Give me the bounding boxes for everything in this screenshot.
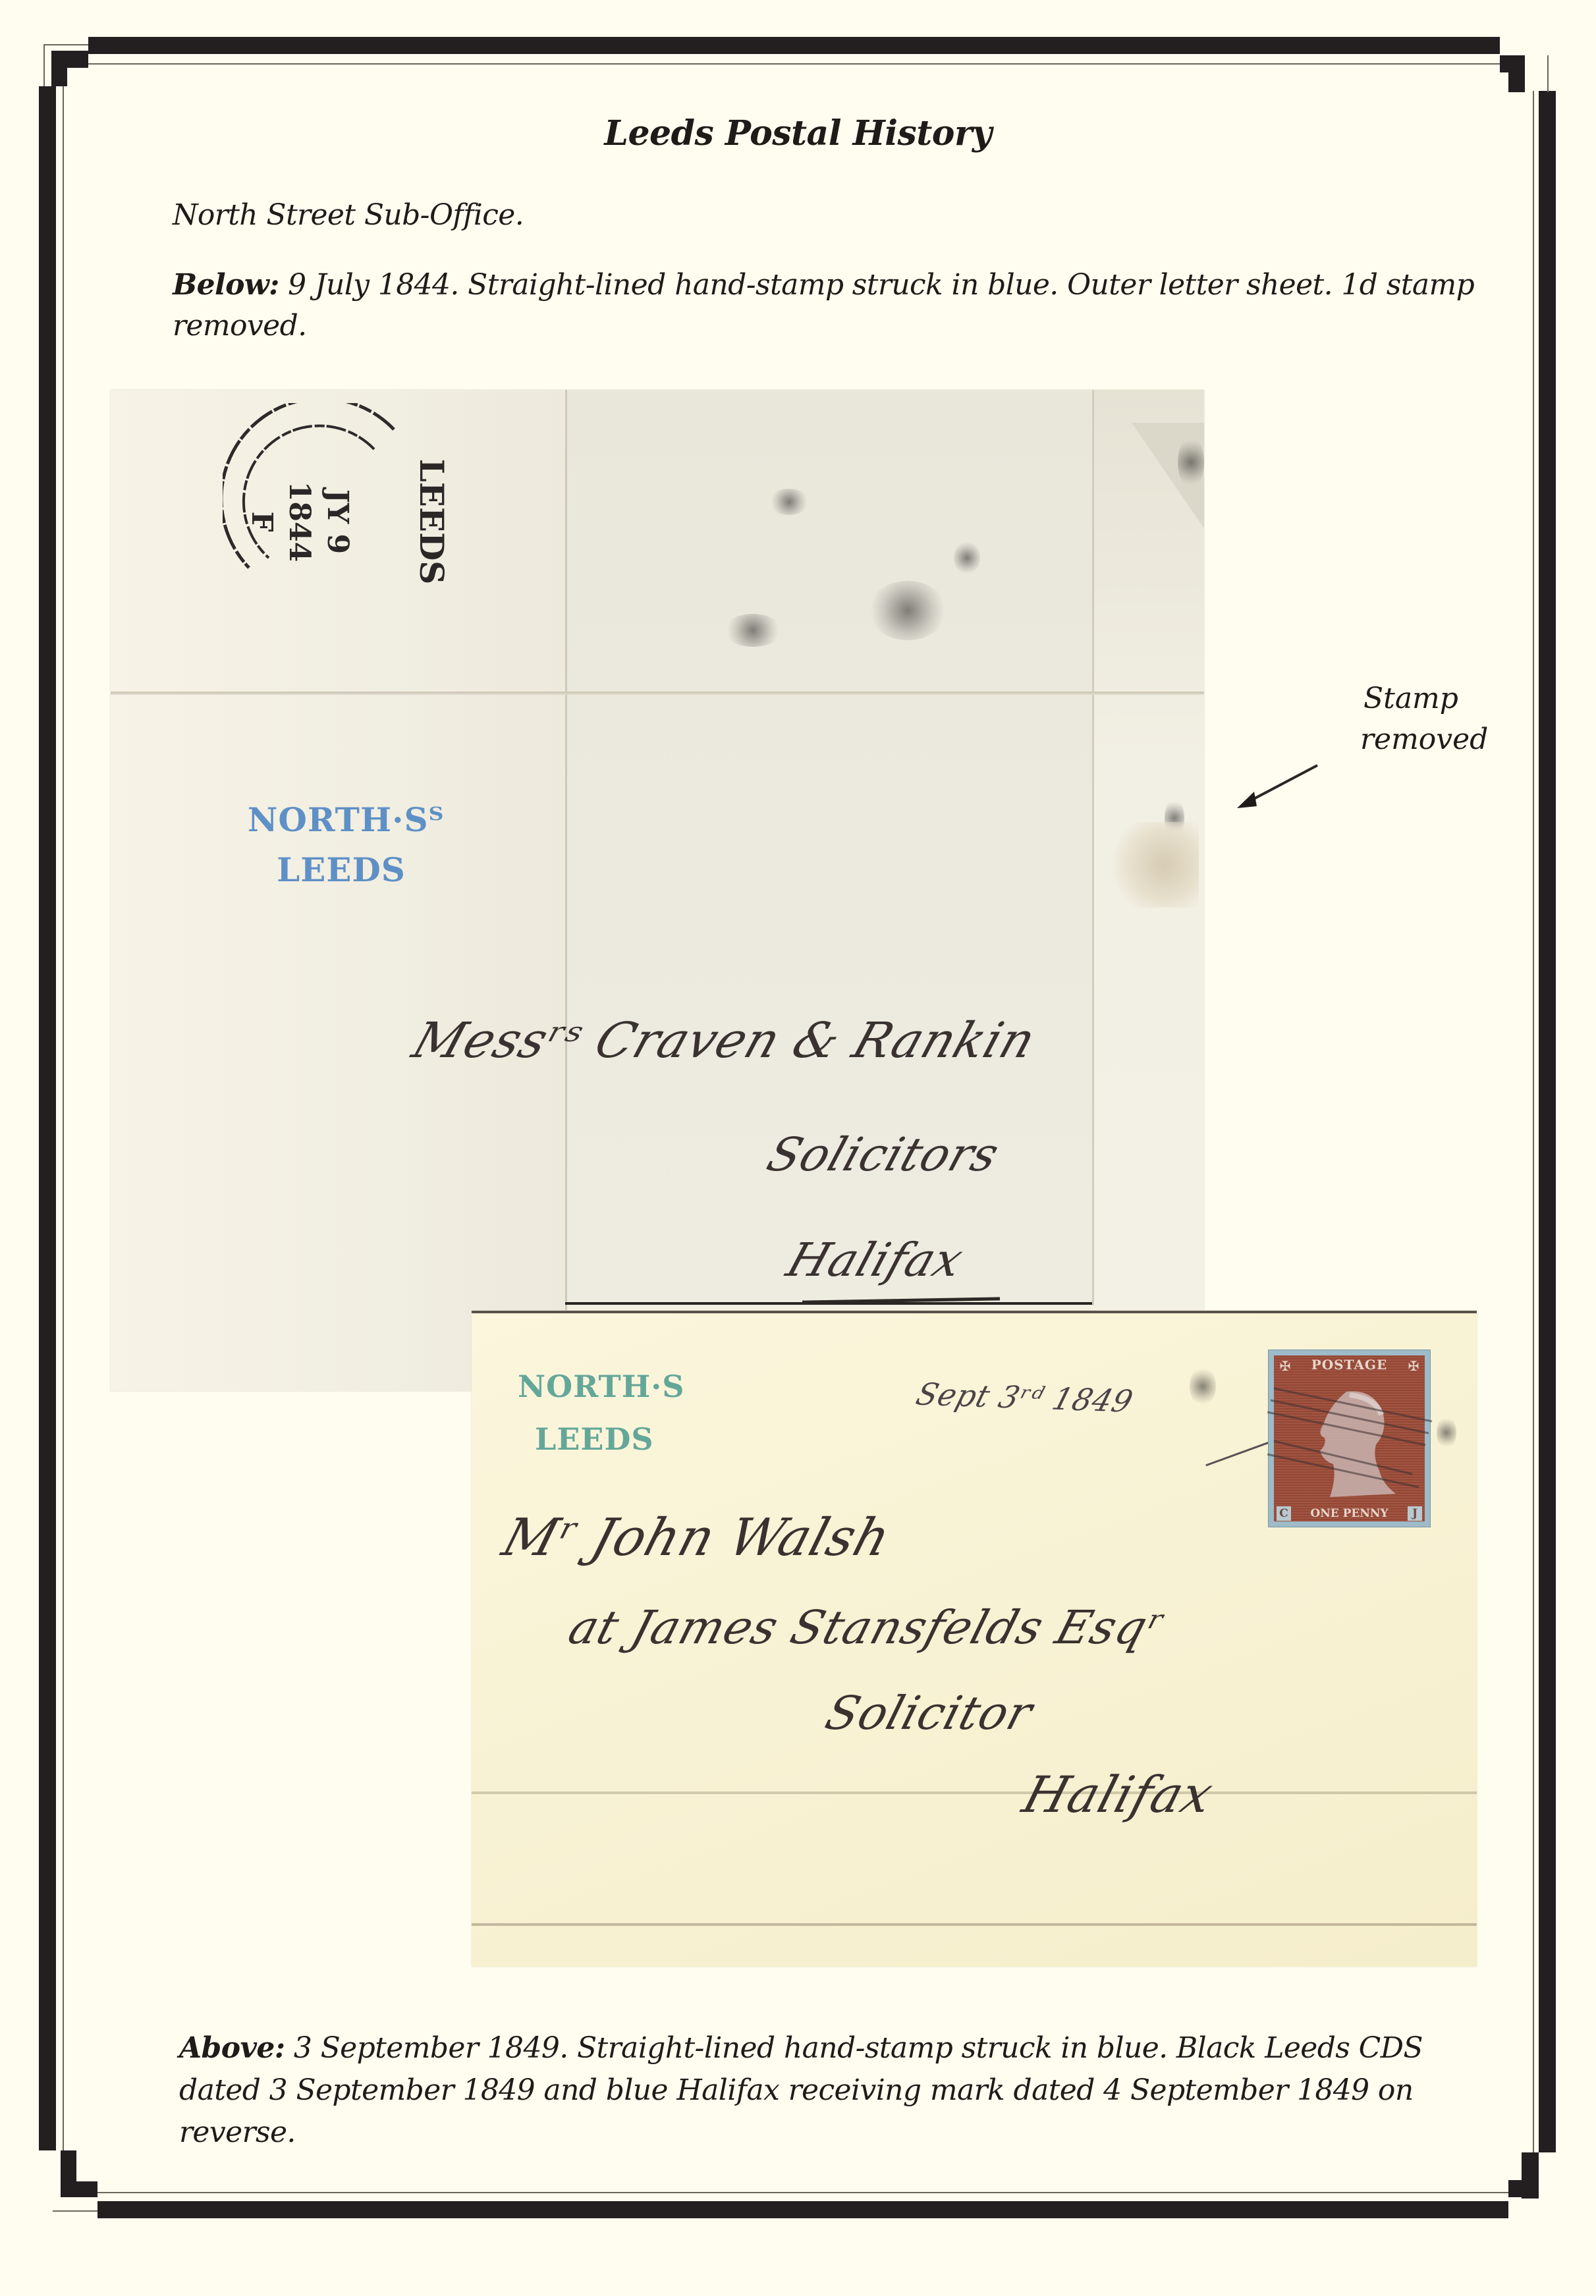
address-line-1: Mʳ John Walsh: [496, 1508, 897, 1568]
handstamp-line-1: NORTH·S: [518, 1360, 715, 1413]
cancellation-bars-icon: [1254, 1375, 1439, 1494]
frame-top-bar: [88, 37, 1500, 54]
handstamp-line-2: LEEDS: [238, 845, 445, 895]
address-line-4: Halifax: [1016, 1765, 1220, 1824]
subheading: North Street Sub-Office.: [173, 195, 524, 236]
cds-postmark-icon: LEEDS JY 9 1844 F: [223, 403, 460, 640]
stamp-removed-area: [1113, 822, 1199, 908]
ink-smudge: [1178, 436, 1204, 489]
annotation-line-1: Stamp: [1363, 678, 1488, 719]
frame-rule: [43, 44, 45, 86]
frame-right-bar: [1539, 91, 1556, 2152]
leeds-cds-postmark: LEEDS JY 9 1844 F: [223, 403, 460, 640]
ink-smudge: [723, 614, 783, 647]
stamp-bottom-text: ONE PENNY: [1310, 1507, 1388, 1520]
fold-line: [565, 390, 567, 1391]
stamp-corner-letter-left: C: [1277, 1506, 1291, 1521]
frame-bottom-bar: [97, 2201, 1508, 2218]
handstamp-line-1: NORTH·Sᵀ: [247, 795, 445, 845]
svg-text:F: F: [245, 511, 279, 532]
letter-1844-outer-sheet: LEEDS JY 9 1844 F NORTH·Sᵀ LEEDS Messʳˢ …: [111, 390, 1204, 1391]
ink-smudge: [1437, 1416, 1456, 1449]
ink-smudge: [769, 489, 809, 515]
penny-red-stamp: ✠ ✠ POSTAGE C ONE PENNY J: [1268, 1350, 1431, 1527]
ink-smudge: [868, 581, 947, 640]
fold-line: [111, 692, 1204, 695]
caption-below-text: 9 July 1844. Straight-lined hand-stamp s…: [173, 268, 1474, 342]
ink-smudge: [954, 541, 980, 574]
stamp-top-text: POSTAGE: [1274, 1357, 1425, 1373]
page-title: Leeds Postal History: [0, 113, 1596, 153]
north-st-leeds-handstamp: NORTH·S LEEDS: [518, 1360, 715, 1465]
frame-rule: [53, 2210, 97, 2212]
stamp-removed-annotation: Stamp removed: [1363, 678, 1488, 760]
caption-below: Below: 9 July 1844. Straight-lined hand-…: [173, 265, 1477, 346]
address-line-3: Halifax: [781, 1233, 970, 1287]
address-line-3: Solicitor: [819, 1686, 1039, 1740]
stamp-bottom-row: C ONE PENNY J: [1274, 1506, 1425, 1521]
frame-rule: [1547, 55, 1549, 92]
frame-rule: [88, 63, 1500, 65]
handstamp-line-2: LEEDS: [535, 1413, 715, 1465]
frame-rule: [97, 2192, 1508, 2193]
fold-line: [472, 1791, 1477, 1794]
frame-corner: [61, 2181, 97, 2197]
stamp-corner-letter-right: J: [1408, 1506, 1422, 1521]
fold-line: [1092, 390, 1094, 1305]
frame-corner: [1508, 2180, 1539, 2197]
docket-date: Sept 3ʳᵈ 1849: [912, 1376, 1138, 1419]
fold-line: [472, 1923, 1477, 1926]
north-st-leeds-handstamp: NORTH·Sᵀ LEEDS: [247, 795, 445, 895]
frame-corner: [1508, 55, 1525, 92]
frame-left-bar: [39, 86, 56, 2150]
svg-text:JY 9: JY 9: [321, 487, 354, 554]
address-line-2: at James Stansfelds Esqʳ: [563, 1600, 1170, 1654]
caption-below-label: Below:: [173, 268, 279, 302]
arrow-icon: [1232, 757, 1324, 817]
address-line-2: Solicitors: [761, 1128, 1006, 1182]
caption-above-label: Above:: [179, 2031, 285, 2065]
annotation-line-2: removed: [1360, 719, 1488, 760]
frame-rule: [43, 44, 88, 45]
letter-1849-entire: NORTH·S LEEDS Sept 3ʳᵈ 1849 ✠ ✠ POSTAGE: [472, 1311, 1477, 1967]
caption-above-text: 3 September 1849. Straight-lined hand-st…: [179, 2031, 1423, 2149]
stamp-design: ✠ ✠ POSTAGE C ONE PENNY J: [1274, 1355, 1425, 1521]
caption-above: Above: 3 September 1849. Straight-lined …: [179, 2027, 1431, 2154]
frame-rule: [1533, 91, 1534, 2152]
svg-text:LEEDS: LEEDS: [412, 459, 451, 585]
frame-corner: [51, 51, 67, 86]
frame-rule: [63, 86, 64, 2150]
svg-text:1844: 1844: [283, 481, 316, 562]
ink-smudge: [1190, 1367, 1216, 1406]
address-line-1: Messʳˢ Craven & Rankin: [406, 1012, 1043, 1069]
